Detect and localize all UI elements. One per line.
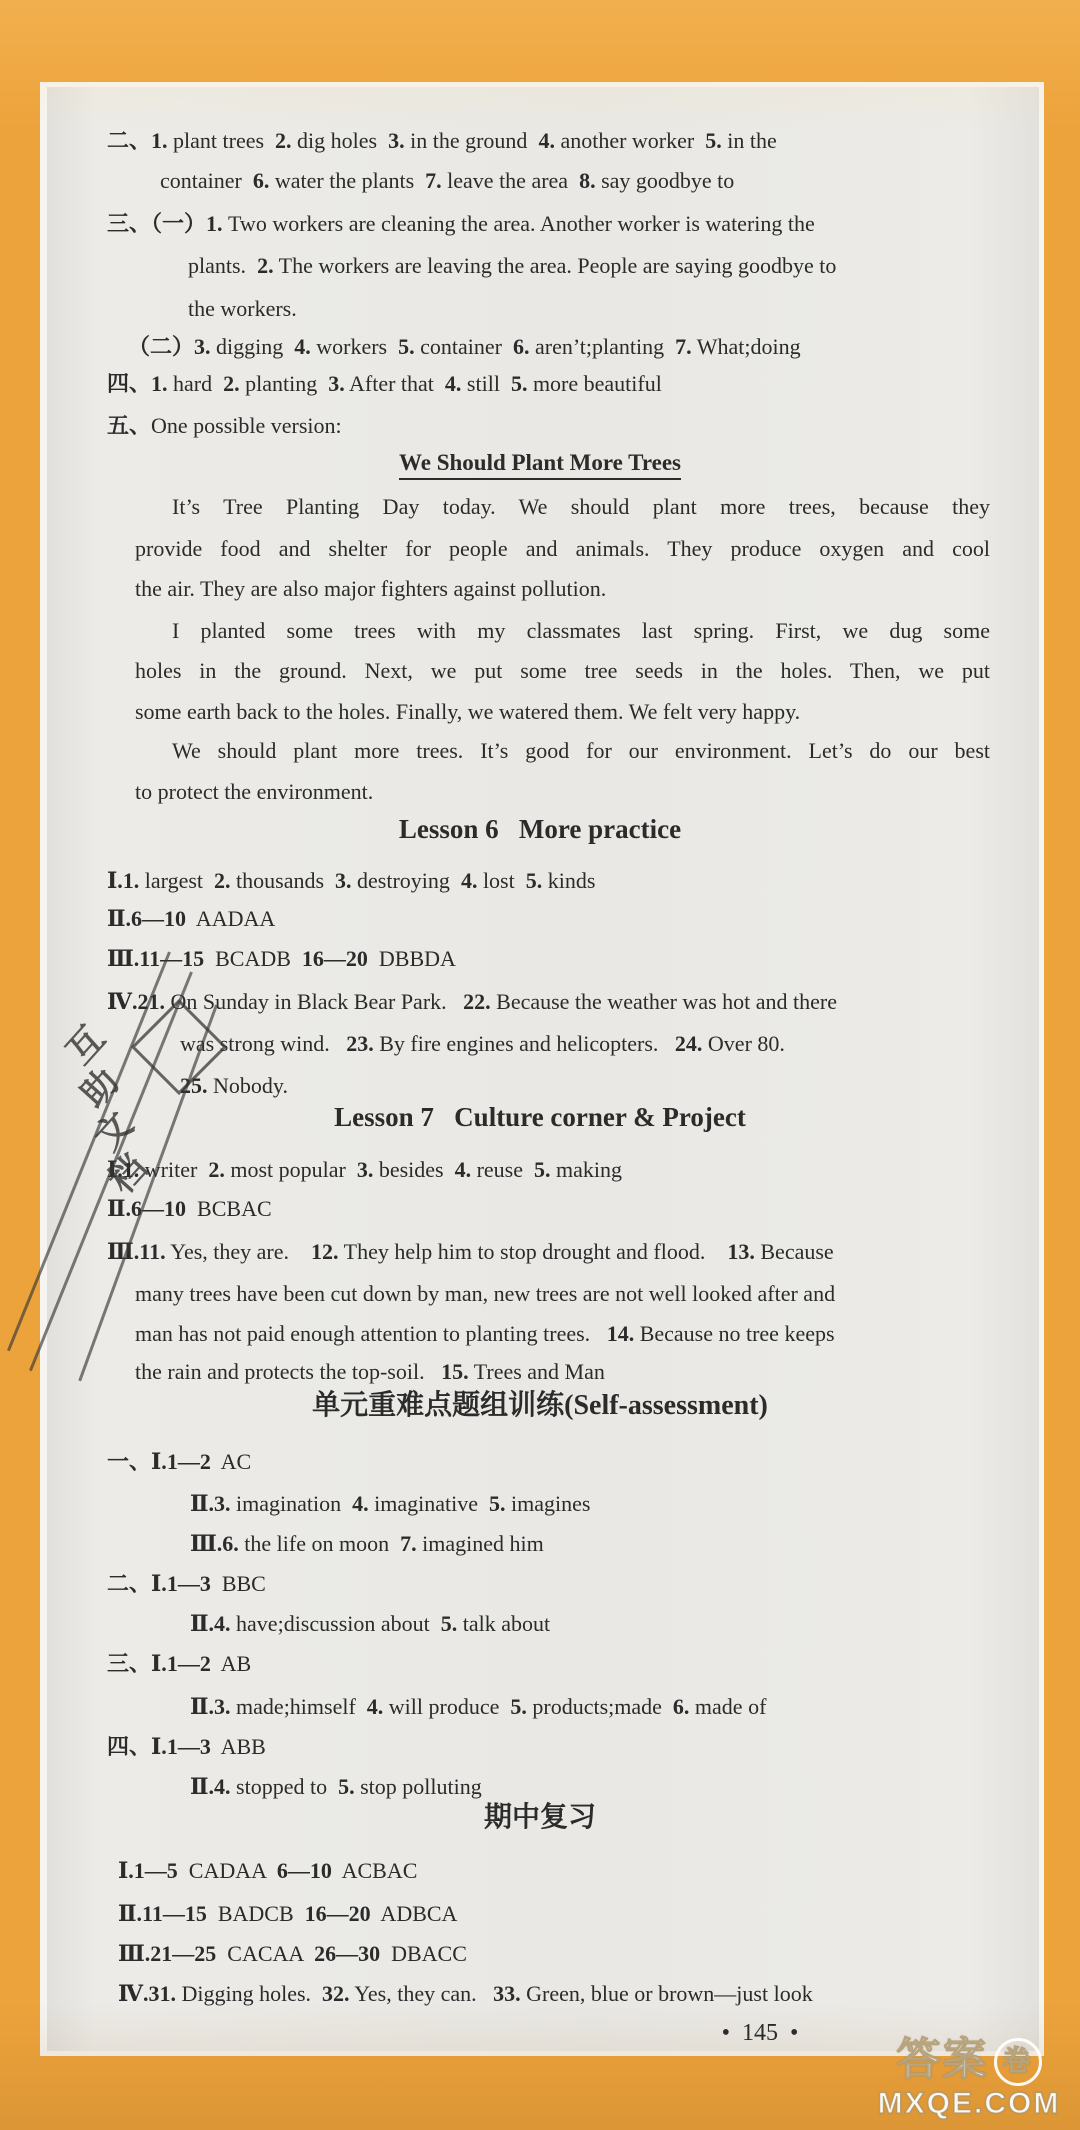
answer-line: Ⅲ.11. Yes, they are. 12. They help him t…	[107, 1238, 834, 1267]
essay-line: We should plant more trees. It’s good fo…	[172, 737, 990, 766]
watermark-brand: 答案卷	[864, 2036, 1074, 2086]
essay-line: the air. They are also major fighters ag…	[135, 575, 990, 604]
answer-line: 四、Ⅰ.1—3 ABB	[107, 1733, 266, 1762]
answer-line: 一、Ⅰ.1—2 AC	[107, 1448, 251, 1477]
answer-line: 二、Ⅰ.1—3 BBC	[107, 1570, 266, 1599]
essay-title: We Should Plant More Trees	[0, 448, 1080, 478]
answer-line: Ⅳ.31. Digging holes. 32. Yes, they can. …	[118, 1980, 813, 2009]
answer-line: Ⅰ.1—5 CADAA 6—10 ACBAC	[118, 1857, 417, 1886]
answer-line: Ⅱ.4. have;discussion about 5. talk about	[190, 1610, 550, 1639]
answer-line: man has not paid enough attention to pla…	[135, 1320, 835, 1349]
essay-line: some earth back to the holes. Finally, w…	[135, 698, 990, 727]
answer-line: Ⅰ.1. writer 2. most popular 3. besides 4…	[107, 1156, 622, 1185]
answer-line: Ⅱ.3. made;himself 4. will produce 5. pro…	[190, 1693, 766, 1722]
section-heading: Lesson 6 More practice	[0, 812, 1080, 847]
watermark-brand-text: 答案	[897, 2035, 989, 2084]
section-heading: Lesson 7 Culture corner & Project	[0, 1100, 1080, 1135]
answer-line: （二）3. digging 4. workers 5. container 6.…	[128, 333, 801, 362]
essay-line: It’s Tree Planting Day today. We should …	[172, 493, 990, 522]
section-heading: 期中复习	[0, 1800, 1080, 1836]
answer-line: the workers.	[188, 295, 297, 324]
watermark-brand-circle-icon: 卷	[994, 2038, 1042, 2086]
page-content: 二、1. plant trees 2. dig holes 3. in the …	[0, 0, 1080, 2130]
answer-line: Ⅲ.21—25 CACAA 26—30 DBACC	[118, 1940, 467, 1969]
essay-line: holes in the ground. Next, we put some t…	[135, 657, 990, 686]
answer-line: Ⅳ.21. On Sunday in Black Bear Park. 22. …	[107, 988, 837, 1017]
answer-line: Ⅱ.6—10 AADAA	[107, 905, 275, 934]
essay-line: to protect the environment.	[135, 778, 990, 807]
scanned-answer-page: 二、1. plant trees 2. dig holes 3. in the …	[0, 0, 1080, 2130]
answer-line: Ⅲ.11—15 BCADB 16—20 DBBDA	[107, 945, 456, 974]
answer-line: 三、Ⅰ.1—2 AB	[107, 1650, 251, 1679]
essay-line: I planted some trees with my classmates …	[172, 617, 990, 646]
answer-line: Ⅱ.11—15 BADCB 16—20 ADBCA	[118, 1900, 457, 1929]
answer-line: 四、1. hard 2. planting 3. After that 4. s…	[107, 370, 662, 399]
answer-line: the rain and protects the top-soil. 15. …	[135, 1358, 605, 1387]
answer-line: Ⅱ.4. stopped to 5. stop polluting	[190, 1773, 482, 1802]
page-number: • 145 •	[640, 2020, 880, 2047]
section-heading: 单元重难点题组训练(Self-assessment)	[0, 1388, 1080, 1424]
answer-line: Ⅲ.6. the life on moon 7. imagined him	[190, 1530, 544, 1559]
essay-line: provide food and shelter for people and …	[135, 535, 990, 564]
answer-line: 25. Nobody.	[180, 1072, 288, 1101]
watermark-site: MXQE.COM	[864, 2086, 1074, 2122]
answer-line: Ⅱ.6—10 BCBAC	[107, 1195, 272, 1224]
answer-line: 三、（一）1. Two workers are cleaning the are…	[107, 210, 815, 239]
answer-line: container 6. water the plants 7. leave t…	[160, 167, 734, 196]
answer-line: plants. 2. The workers are leaving the a…	[188, 252, 836, 281]
answer-line: 五、One possible version:	[107, 412, 342, 441]
answer-line: was strong wind. 23. By fire engines and…	[180, 1030, 785, 1059]
answer-line: 二、1. plant trees 2. dig holes 3. in the …	[107, 127, 777, 156]
answer-line: Ⅱ.3. imagination 4. imaginative 5. imagi…	[190, 1490, 590, 1519]
answer-line: Ⅰ.1. largest 2. thousands 3. destroying …	[107, 867, 595, 896]
watermark-logo: 答案卷 MXQE.COM	[864, 2036, 1074, 2122]
answer-line: many trees have been cut down by man, ne…	[135, 1280, 835, 1309]
